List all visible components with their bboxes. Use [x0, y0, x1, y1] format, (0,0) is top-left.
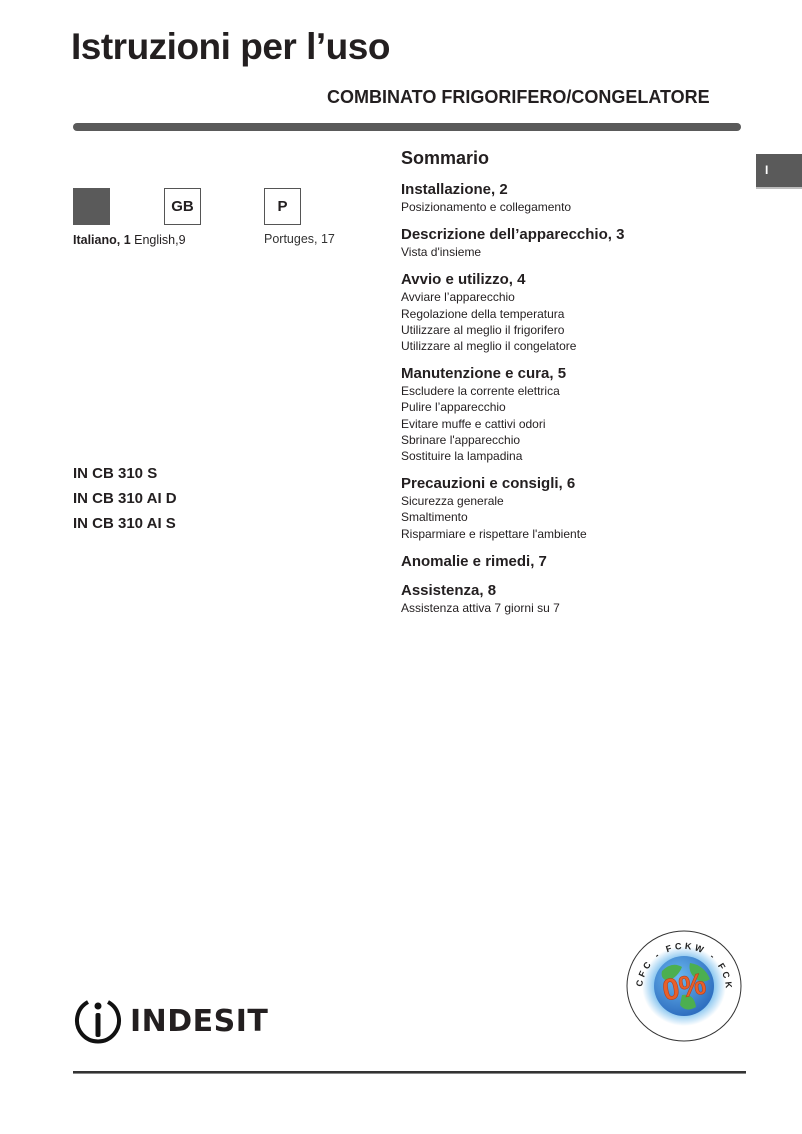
- toc-subitem[interactable]: Escludere la corrente elettrica: [401, 383, 741, 399]
- toc-subitem[interactable]: Pulire l’apparecchio: [401, 399, 741, 415]
- indesit-power-logo-icon: [72, 996, 124, 1046]
- toc-section-heading[interactable]: Installazione, 2: [401, 181, 741, 199]
- toc-subitem[interactable]: Sostituire la lampadina: [401, 448, 741, 464]
- cfc-free-badge: CFC - FCKW - FCK 0%: [624, 929, 744, 1044]
- toc-section-heading[interactable]: Avvio e utilizzo, 4: [401, 271, 741, 289]
- language-flag-gb: GB: [164, 188, 201, 225]
- footer-divider: [73, 1071, 746, 1074]
- toc-section: Precauzioni e consigli, 6Sicurezza gener…: [401, 475, 741, 542]
- language-label-portuguese: Portuges, 17: [264, 232, 335, 246]
- toc-subitem[interactable]: Risparmiare e rispettare l'ambiente: [401, 526, 741, 542]
- brand-logo: INDESIT: [72, 996, 268, 1046]
- toc-section: Descrizione dell’apparecchio, 3Vista d'i…: [401, 226, 741, 260]
- toc-subitem[interactable]: Vista d'insieme: [401, 244, 741, 260]
- table-of-contents: Sommario Installazione, 2Posizionamento …: [401, 147, 741, 627]
- toc-subitem[interactable]: Smaltimento: [401, 509, 741, 525]
- toc-subitem[interactable]: Sicurezza generale: [401, 493, 741, 509]
- model-list: IN CB 310 S IN CB 310 AI D IN CB 310 AI …: [73, 461, 177, 536]
- language-side-tab: I: [756, 154, 802, 189]
- toc-section-heading[interactable]: Manutenzione e cura, 5: [401, 365, 741, 383]
- toc-subitem[interactable]: Sbrinare l'apparecchio: [401, 432, 741, 448]
- toc-subitem[interactable]: Regolazione della temperatura: [401, 306, 741, 322]
- language-flag-italian: [73, 188, 110, 225]
- toc-section-heading[interactable]: Assistenza, 8: [401, 582, 741, 600]
- toc-subitem[interactable]: Avviare l’apparecchio: [401, 289, 741, 305]
- toc-section-heading[interactable]: Precauzioni e consigli, 6: [401, 475, 741, 493]
- header-divider-bar: [73, 123, 741, 131]
- language-label-italian-english: Italiano, 1 English,9: [73, 233, 186, 247]
- toc-subitem[interactable]: Utilizzare al meglio il congelatore: [401, 338, 741, 354]
- model-name: IN CB 310 AI S: [73, 511, 177, 536]
- toc-subitem[interactable]: Evitare muffe e cattivi odori: [401, 416, 741, 432]
- brand-name: INDESIT: [130, 1004, 268, 1039]
- toc-section: Avvio e utilizzo, 4Avviare l’apparecchio…: [401, 271, 741, 354]
- toc-title: Sommario: [401, 147, 741, 169]
- model-name: IN CB 310 S: [73, 461, 177, 486]
- page-title: Istruzioni per l’uso: [71, 24, 390, 70]
- toc-section-heading[interactable]: Descrizione dell’apparecchio, 3: [401, 226, 741, 244]
- language-flag-p: P: [264, 188, 301, 225]
- model-name: IN CB 310 AI D: [73, 486, 177, 511]
- toc-section: Assistenza, 8Assistenza attiva 7 giorni …: [401, 582, 741, 616]
- language-label-english: English,9: [134, 233, 185, 247]
- toc-subitem[interactable]: Posizionamento e collegamento: [401, 199, 741, 215]
- toc-subitem[interactable]: Assistenza attiva 7 giorni su 7: [401, 600, 741, 616]
- product-type-subtitle: COMBINATO FRIGORIFERO/CONGELATORE: [327, 86, 710, 108]
- toc-section-heading[interactable]: Anomalie e rimedi, 7: [401, 553, 741, 571]
- toc-section: Anomalie e rimedi, 7: [401, 553, 741, 571]
- toc-section: Manutenzione e cura, 5Escludere la corre…: [401, 365, 741, 464]
- toc-section: Installazione, 2Posizionamento e collega…: [401, 181, 741, 215]
- language-tab-label: I: [765, 163, 768, 177]
- language-label-italian: Italiano, 1: [73, 233, 131, 247]
- toc-subitem[interactable]: Utilizzare al meglio il frigorifero: [401, 322, 741, 338]
